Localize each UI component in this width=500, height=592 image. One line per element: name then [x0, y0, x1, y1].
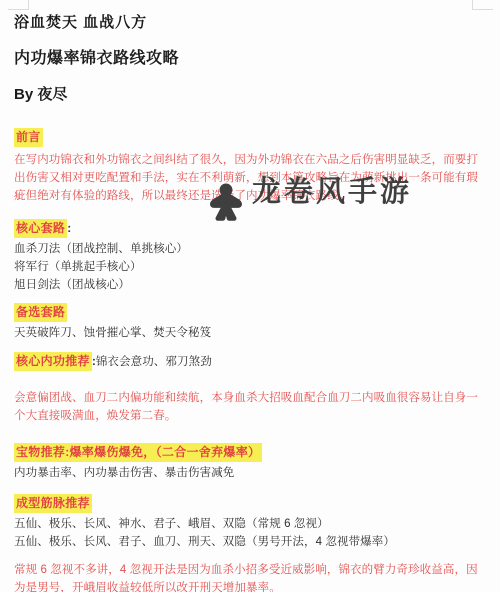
- list-item: 五仙、极乐、长风、君子、血刀、刑天、双隐（男号开法，4 忽视带爆率）: [14, 533, 492, 551]
- preface-paragraph: 在写内功锦衣和外功锦衣之间纠结了很久，因为外功锦衣在六品之后伤害明显缺乏，而要打…: [14, 151, 492, 205]
- list-item: 旭日剑法（团战核心）: [14, 276, 492, 294]
- section-meridians: 成型筋脉推荐 五仙、极乐、长风、神水、君子、峨眉、双隐（常规 6 忽视） 五仙、…: [14, 493, 492, 592]
- meridians-heading: 成型筋脉推荐: [14, 493, 492, 513]
- core-neigong-heading-highlight: 核心内功推荐: [14, 352, 92, 371]
- paragraph-line: 出伤害又相对更吃配置和手法，实在不利萌新，想到本篇攻略旨在为萌新挑出一条可能有瑕: [14, 169, 492, 187]
- meridians-list: 五仙、极乐、长风、神水、君子、峨眉、双隐（常规 6 忽视） 五仙、极乐、长风、君…: [14, 515, 492, 551]
- treasures-list: 内功暴击率、内功暴击伤害、暴击伤害减免: [14, 464, 492, 482]
- doc-title: 浴血焚天 血战八方: [14, 14, 492, 31]
- backup-moves-heading: 备选套路: [14, 302, 492, 322]
- list-item: 五仙、极乐、长风、神水、君子、峨眉、双隐（常规 6 忽视）: [14, 515, 492, 533]
- meridians-heading-highlight: 成型筋脉推荐: [14, 494, 92, 513]
- list-item: 将军行（单挑起手核心）: [14, 258, 492, 276]
- backup-moves-heading-highlight: 备选套路: [14, 303, 67, 322]
- treasures-heading: 宝物推荐:爆率爆伤爆免，（二合一舍弃爆率）: [14, 442, 492, 462]
- core-moves-heading-highlight: 核心套路: [14, 219, 67, 238]
- paragraph-line: 疵但绝对有体验的路线，所以最终还是选择了内功爆率锦衣路线。: [14, 187, 492, 205]
- doc-subtitle: 内功爆率锦衣路线攻略: [14, 50, 492, 67]
- backup-moves-list: 天英破阵刀、蚀骨摧心掌、焚天令秘笈: [14, 324, 492, 342]
- core-moves-heading: 核心套路:: [14, 218, 492, 238]
- doc-author: By 夜尽: [14, 86, 492, 103]
- core-moves-list: 血杀刀法（团战控制、单挑核心） 将军行（单挑起手核心） 旭日剑法（团战核心）: [14, 240, 492, 294]
- core-neigong-heading: 核心内功推荐:锦衣会意功、邪刀煞劲: [14, 351, 492, 372]
- preface-heading-highlight: 前言: [14, 128, 43, 147]
- list-item: 内功暴击率、内功暴击伤害、暴击伤害减免: [14, 464, 492, 482]
- paragraph-line: 在写内功锦衣和外功锦衣之间纠结了很久，因为外功锦衣在六品之后伤害明显缺乏，而要打: [14, 151, 492, 169]
- paragraph-line: 为是男号，开峨眉收益较低所以改开刑天增加暴率。: [14, 579, 492, 592]
- core-moves-colon: :: [67, 221, 71, 235]
- core-neigong-note: 会意偏团战、血刀二内偏功能和续航，本身血杀大招吸血配合血刀二内吸血很容易让自身一…: [14, 389, 492, 425]
- section-treasures: 宝物推荐:爆率爆伤爆免，（二合一舍弃爆率） 内功暴击率、内功暴击伤害、暴击伤害减…: [14, 442, 492, 482]
- paragraph-line: 会意偏团战、血刀二内偏功能和续航，本身血杀大招吸血配合血刀二内吸血很容易让自身一: [14, 389, 492, 407]
- document-page: 浴血焚天 血战八方 内功爆率锦衣路线攻略 By 夜尽 前言 在写内功锦衣和外功锦…: [0, 0, 500, 592]
- section-backup-moves: 备选套路 天英破阵刀、蚀骨摧心掌、焚天令秘笈: [14, 302, 492, 342]
- paragraph-line: 个大直接吸满血，焕发第二春。: [14, 407, 492, 425]
- page-corner-mark-left: [8, 0, 29, 10]
- section-core-neigong: 核心内功推荐:锦衣会意功、邪刀煞劲 会意偏团战、血刀二内偏功能和续航，本身血杀大…: [14, 351, 492, 425]
- section-core-moves: 核心套路: 血杀刀法（团战控制、单挑核心） 将军行（单挑起手核心） 旭日剑法（团…: [14, 218, 492, 294]
- section-preface: 前言 在写内功锦衣和外功锦衣之间纠结了很久，因为外功锦衣在六品之后伤害明显缺乏，…: [14, 127, 492, 205]
- page-corner-mark-right: [472, 0, 493, 10]
- core-neigong-value: 锦衣会意功、邪刀煞劲: [96, 356, 212, 368]
- list-item: 天英破阵刀、蚀骨摧心掌、焚天令秘笈: [14, 324, 492, 342]
- list-item: 血杀刀法（团战控制、单挑核心）: [14, 240, 492, 258]
- paragraph-line: 常规 6 忽视不多讲，4 忽视开法是因为血杀小招多受近威影响，锦衣的臂力奇珍收益…: [14, 561, 492, 579]
- meridians-note: 常规 6 忽视不多讲，4 忽视开法是因为血杀小招多受近威影响，锦衣的臂力奇珍收益…: [14, 561, 492, 592]
- preface-heading: 前言: [14, 127, 492, 147]
- treasures-heading-highlight: 宝物推荐:爆率爆伤爆免，（二合一舍弃爆率）: [14, 443, 262, 462]
